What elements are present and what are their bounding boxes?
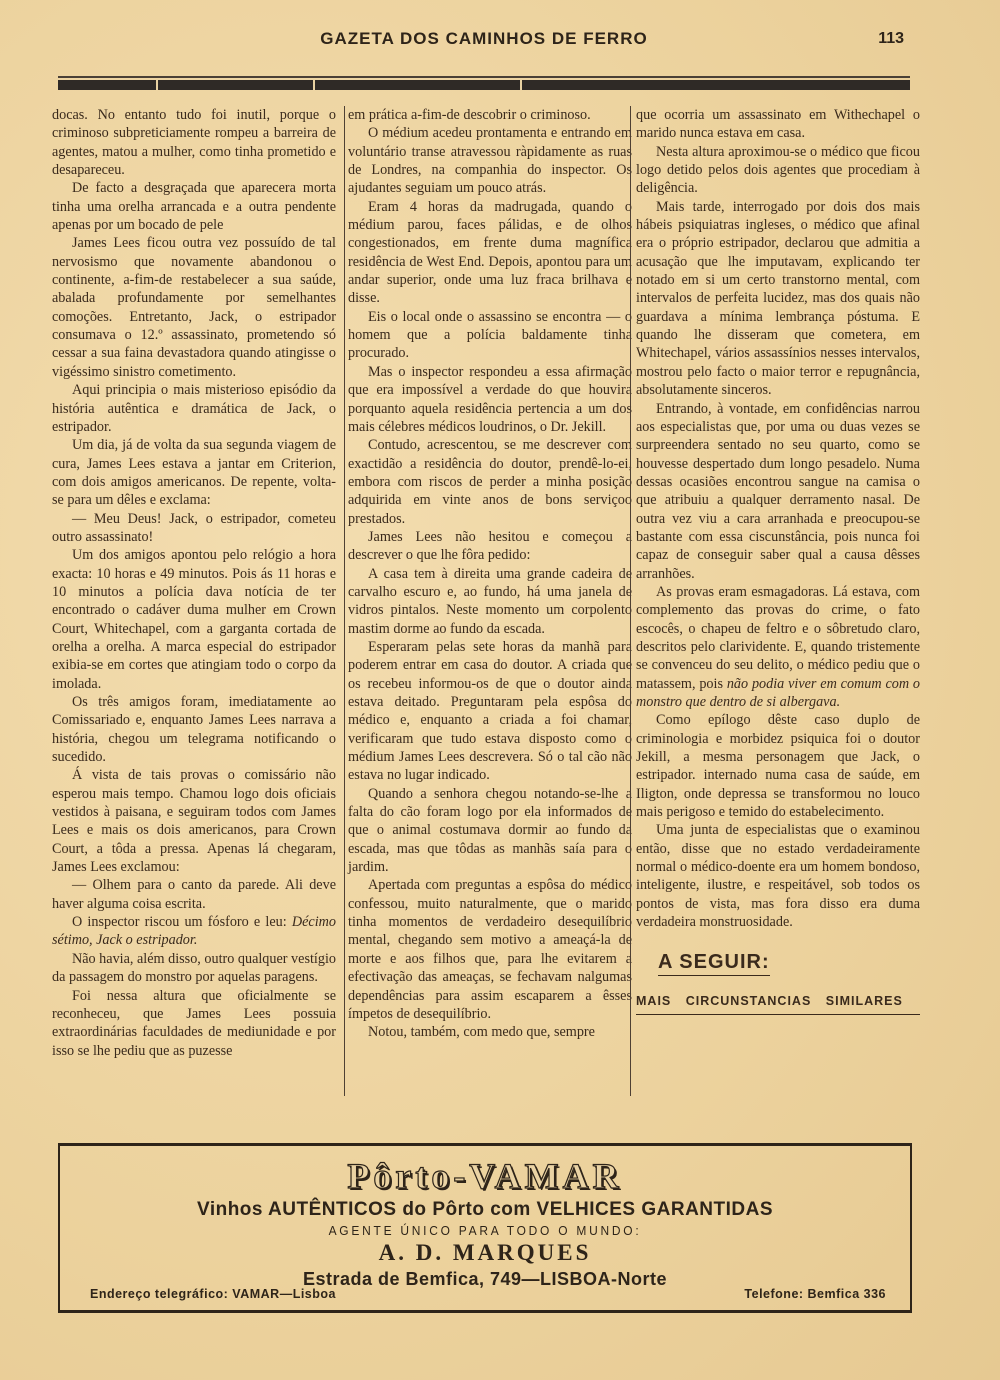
next-section-title: MAIS CIRCUNSTANCIAS SIMILARES [636, 992, 920, 1015]
advertisement-porto-vamar: Pôrto-VAMAR Vinhos AUTÊNTICOS do Pôrto c… [58, 1143, 912, 1313]
article-paragraph: que ocorria um assassinato em Withechape… [636, 106, 920, 143]
article-paragraph: Foi nessa altura que oficialmente se rec… [52, 987, 336, 1060]
article-paragraph: Mas o inspector respondeu a essa afirmaç… [348, 363, 632, 436]
article-paragraph: Quando a senhora chegou notando-se-lhe a… [348, 785, 632, 877]
article-paragraph: Entrando, à vontade, em confidências nar… [636, 400, 920, 583]
header-rule-bar [58, 80, 910, 90]
column-divider [344, 106, 345, 1096]
article-paragraph: Nesta altura aproximou-se o médico que f… [636, 143, 920, 198]
page-number: 113 [878, 30, 904, 48]
article-paragraph: As provas eram esmagadoras. Lá estava, c… [636, 583, 920, 711]
article-paragraph: Eis o local onde o assassino se encontra… [348, 308, 632, 363]
article-paragraph: Uma junta de especialistas que o examino… [636, 821, 920, 931]
article-paragraph: docas. No entanto tudo foi inutil, porqu… [52, 106, 336, 179]
ad-brand: Pôrto-VAMAR [60, 1155, 910, 1197]
article-paragraph: — Meu Deus! Jack, o estripador, cometeu … [52, 510, 336, 547]
ad-agent-line: AGENTE ÚNICO PARA TODO O MUNDO: [94, 1223, 876, 1238]
ad-telegraph-address: Endereço telegráfico: VAMAR—Lisboa [90, 1287, 336, 1301]
article-paragraph: Um dos amigos apontou pelo relógio a hor… [52, 546, 336, 693]
article-paragraph: Eram 4 horas da madrugada, quando o médi… [348, 198, 632, 308]
article-paragraph: De facto a desgraçada que aparecera mort… [52, 179, 336, 234]
article-column-3: que ocorria um assassinato em Withechape… [636, 106, 920, 1015]
ad-telephone: Telefone: Bemfica 336 [744, 1287, 886, 1301]
article-paragraph: Aqui principia o mais misterioso episódi… [52, 381, 336, 436]
page-header: GAZETA DOS CAMINHOS DE FERRO 113 [58, 24, 910, 64]
column-divider [630, 106, 631, 1096]
italic-quote: não podia viver em comum com o monstro q… [636, 676, 920, 710]
article-paragraph: Os três amigos foram, imediatamente ao C… [52, 693, 336, 766]
article-paragraph: Contudo, acrescentou, se me descrever co… [348, 436, 632, 528]
article-paragraph: em prática a-fim-de descobrir o criminos… [348, 106, 632, 124]
article-paragraph: Á vista de tais provas o comissário não … [52, 766, 336, 876]
article-paragraph: O inspector riscou um fósforo e leu: Déc… [52, 913, 336, 950]
article-paragraph: — Olhem para o canto da parede. Ali deve… [52, 876, 336, 913]
ad-footer: Endereço telegráfico: VAMAR—Lisboa Telef… [90, 1287, 886, 1301]
next-section-heading: A SEGUIR: [658, 953, 770, 975]
italic-quote: Décimo sétimo, Jack o estripador. [52, 914, 336, 948]
article-paragraph: Mais tarde, interrogado por dois dos mai… [636, 198, 920, 400]
article-body: docas. No entanto tudo foi inutil, porqu… [52, 106, 922, 1096]
article-paragraph: Notou, também, com medo que, sempre [348, 1023, 632, 1041]
article-paragraph: O médium acedeu prontamenta e entrando e… [348, 124, 632, 197]
article-paragraph: Como epílogo dêste caso duplo de crimino… [636, 711, 920, 821]
header-rule [58, 76, 910, 78]
article-paragraph: Um dia, já de volta da sua segunda viage… [52, 436, 336, 509]
article-paragraph: James Lees ficou outra vez possuído de t… [52, 234, 336, 381]
article-column-1: docas. No entanto tudo foi inutil, porqu… [52, 106, 336, 1060]
ad-tagline: Vinhos AUTÊNTICOS do Pôrto com VELHICES … [60, 1199, 910, 1221]
article-paragraph: James Lees não hesitou e começou a descr… [348, 528, 632, 565]
article-paragraph: A casa tem à direita uma grande cadeira … [348, 565, 632, 638]
article-paragraph: Esperaram pelas sete horas da manhã para… [348, 638, 632, 785]
ad-company: A. D. MARQUES [60, 1240, 910, 1266]
publication-title: GAZETA DOS CAMINHOS DE FERRO [58, 29, 910, 49]
article-paragraph: Não havia, além disso, outro qualquer ve… [52, 950, 336, 987]
article-paragraph: Apertada com preguntas a espôsa do médic… [348, 876, 632, 1023]
column-3-paragraphs: que ocorria um assassinato em Withechape… [636, 106, 920, 931]
article-column-2: em prática a-fim-de descobrir o criminos… [348, 106, 632, 1042]
